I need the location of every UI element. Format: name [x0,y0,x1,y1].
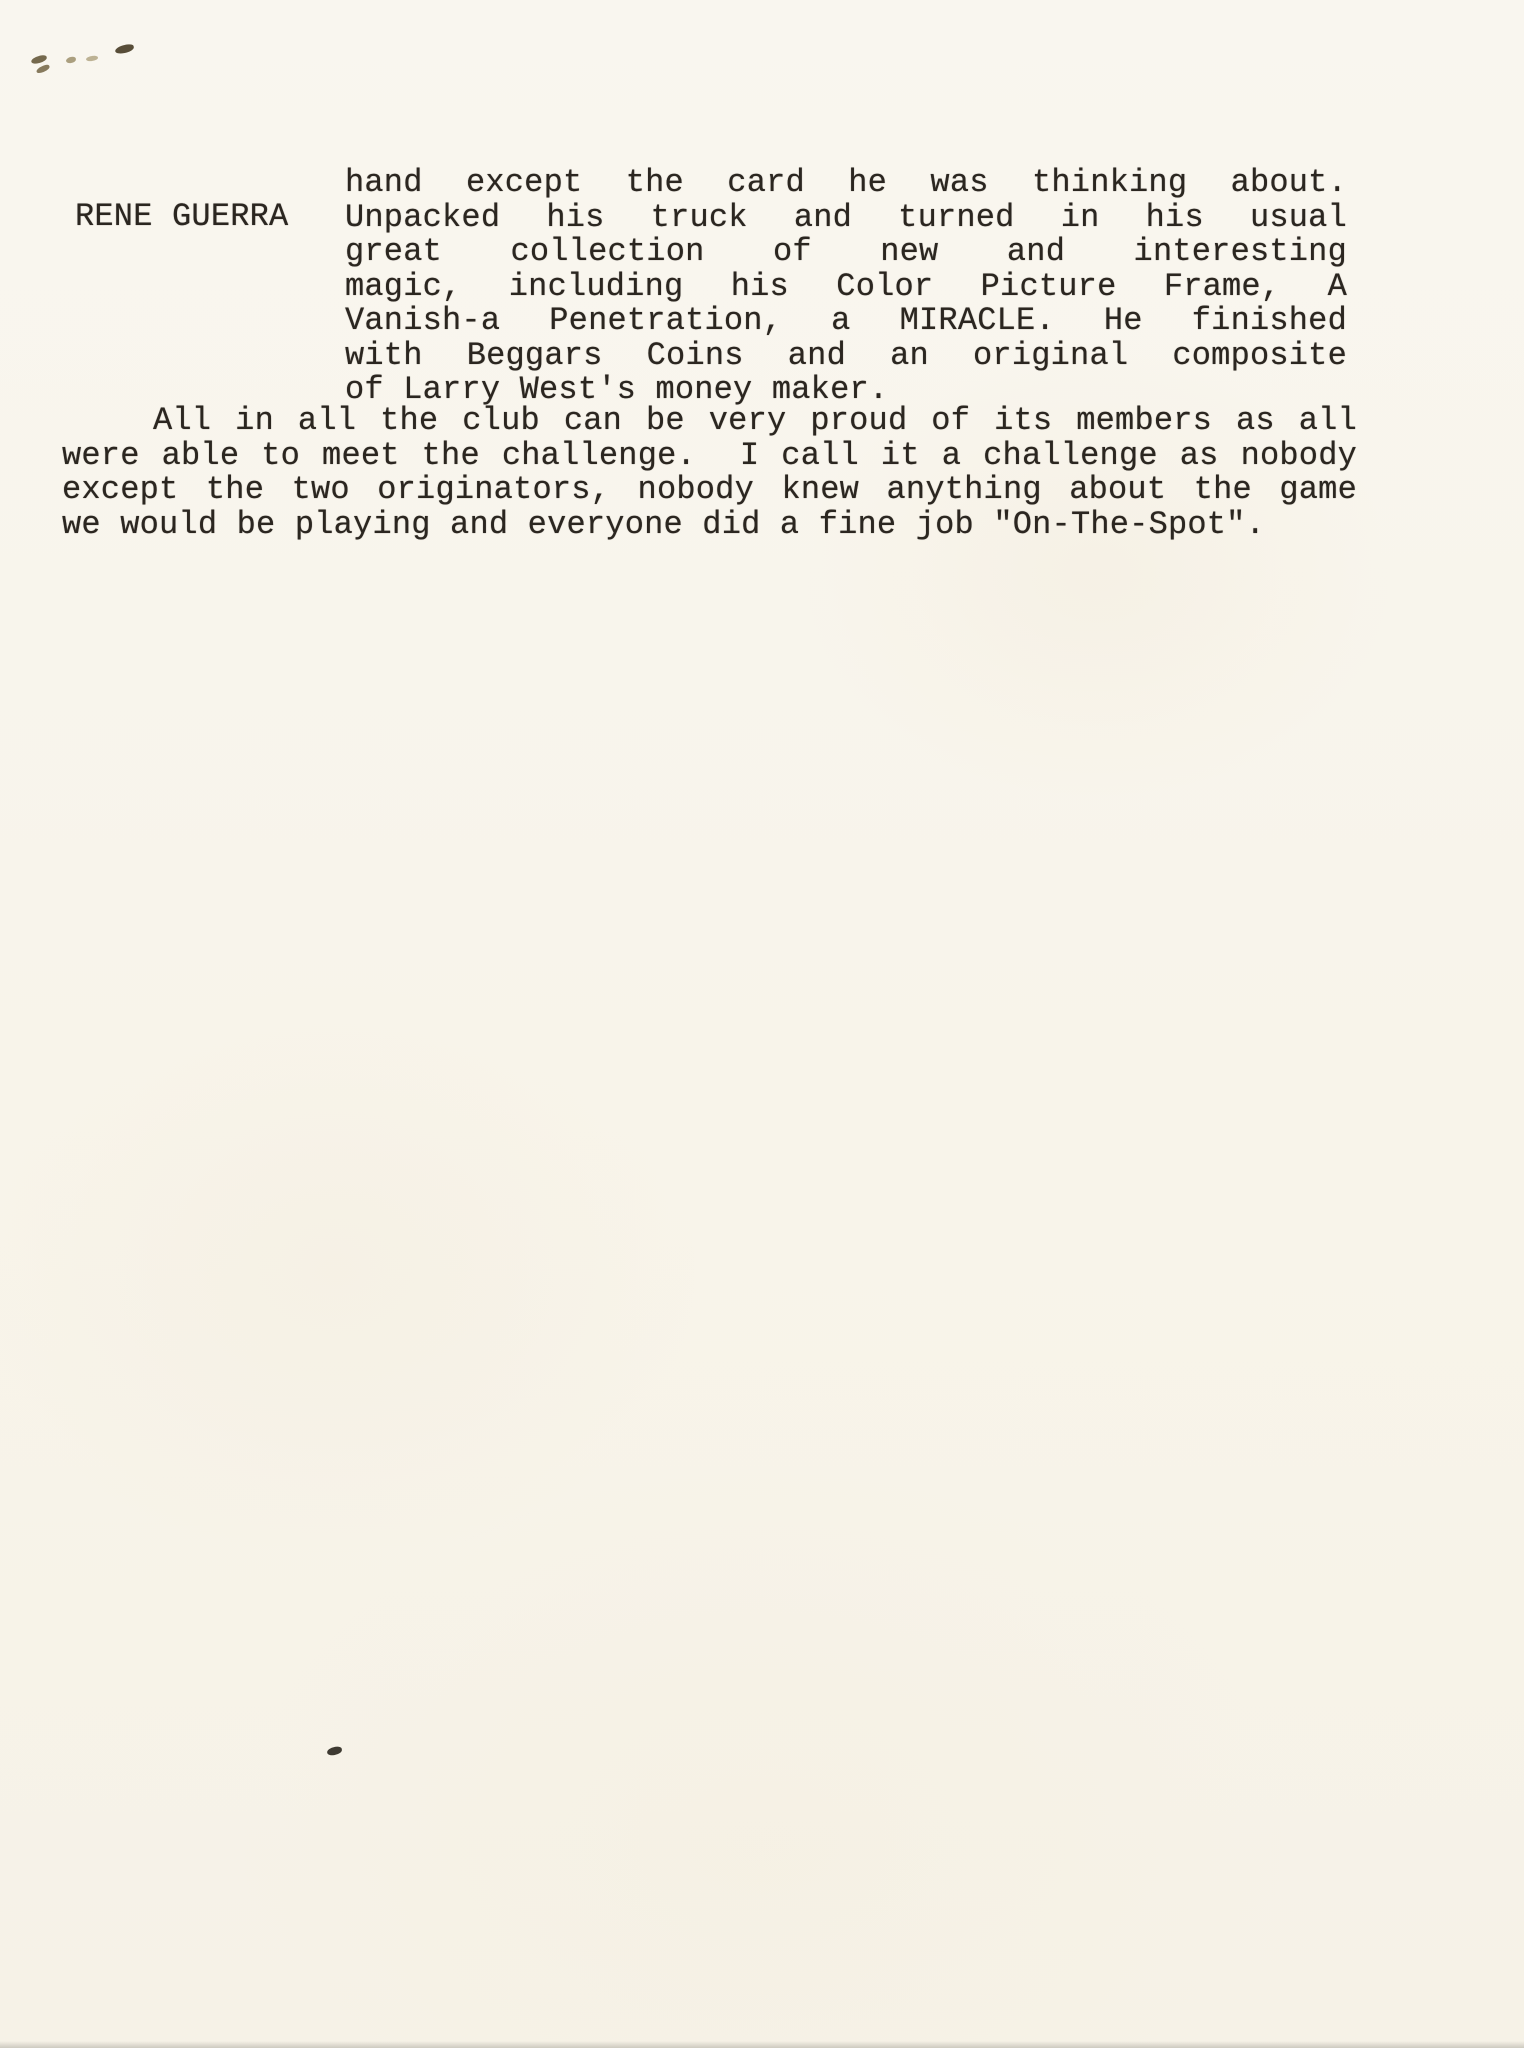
closing-line: we would be playing and everyone did a f… [62,508,1357,543]
entry-line: great collection of new and interesting [345,235,1347,270]
entry-text-column: hand except the card he was thinking abo… [345,166,1347,408]
pen-mark [114,43,134,54]
stray-dash-mark [326,1746,342,1756]
pen-mark [30,54,47,65]
entry-line: Vanish-a Penetration, a MIRACLE. He fini… [345,304,1347,339]
pen-mark [66,56,77,63]
scan-edge [0,2041,1524,2048]
pen-mark [35,64,50,75]
closing-paragraph: All in all the club can be very proud of… [62,404,1357,542]
closing-line: were able to meet the challenge. I call … [62,439,1357,474]
entry-line: magic, including his Color Picture Frame… [345,270,1347,305]
closing-line: except the two originators, nobody knew … [62,473,1357,508]
pen-mark [86,55,98,61]
document-page: RENE GUERRA hand except the card he was … [0,0,1524,2048]
carryover-line: hand except the card he was thinking abo… [345,166,1347,201]
entry-line: Unpacked his truck and turned in his usu… [345,201,1347,236]
entry-line: with Beggars Coins and an original compo… [345,339,1347,374]
speaker-name: RENE GUERRA [75,200,288,235]
closing-line: All in all the club can be very proud of… [62,404,1357,439]
